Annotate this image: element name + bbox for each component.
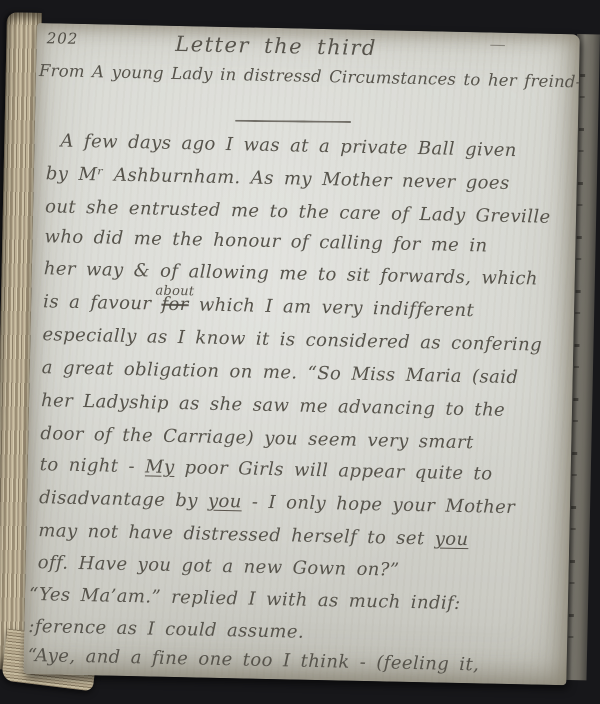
manuscript-line: door of the Carriage) you seem very smar… xyxy=(40,423,565,456)
letter-subtitle: From A young Lady in distressd Circumsta… xyxy=(39,61,576,91)
line-text: disadvantage by xyxy=(39,487,208,512)
manuscript-line: her way & of allowing me to sit forwards… xyxy=(44,258,569,291)
manuscript-line: “Aye, and a fine one too I think - (feel… xyxy=(28,645,553,678)
inserted-word: about xyxy=(155,281,194,304)
manuscript-line: “Yes Ma’am.” replied I with as much indi… xyxy=(29,584,554,617)
book-scan-scene: 202 — Letter the third From A young Lady… xyxy=(0,0,600,704)
manuscript-line: who did me the honour of calling for me … xyxy=(44,226,569,259)
line-text: is a favour xyxy=(43,291,162,314)
manuscript-line: especially as I know it is considered as… xyxy=(42,324,567,357)
manuscript-line: by Mʳ Ashburnham. As my Mother never goe… xyxy=(46,163,571,196)
manuscript-line: :ference as I could assume. xyxy=(28,616,553,649)
underlined-word: you xyxy=(208,491,242,513)
underlined-word: you xyxy=(434,528,468,550)
line-text: - I only hope your Mother xyxy=(242,491,516,518)
line-text: which I am very indifferent xyxy=(189,294,475,321)
manuscript-line: off. Have you got a new Gown on?” xyxy=(37,552,562,585)
divider-rule xyxy=(235,120,351,123)
line-text: to night - xyxy=(40,454,146,477)
manuscript-line-with-underline: may not have distressed herself to set y… xyxy=(38,520,563,553)
manuscript-line: A few days ago I was at a private Ball g… xyxy=(60,131,580,164)
underlined-word: My xyxy=(145,456,175,478)
manuscript-page: 202 — Letter the third From A young Lady… xyxy=(23,23,580,685)
letter-title: Letter the third xyxy=(23,28,547,63)
manuscript-line-with-underline: to night - My poor Girls will appear qui… xyxy=(40,454,565,487)
manuscript-line: her Ladyship as she saw me advancing to … xyxy=(41,390,566,423)
manuscript-line: a great obligation on me. “So Miss Maria… xyxy=(42,357,567,390)
line-text: poor Girls will appear quite to xyxy=(174,457,492,485)
manuscript-line-with-underline: disadvantage by you - I only hope your M… xyxy=(39,487,564,520)
manuscript-line: out she entrusted me to the care of Lady… xyxy=(45,196,570,229)
manuscript-line-with-correction: is a favour for which I am very indiffer… xyxy=(43,291,568,324)
line-text: may not have distressed herself to set xyxy=(38,520,435,549)
